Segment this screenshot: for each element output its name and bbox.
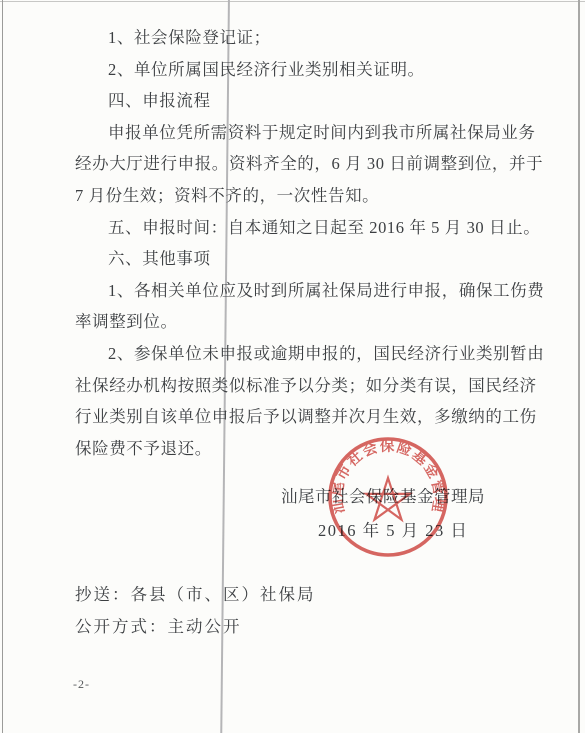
body-line-4: 申报单位凭所需资料于规定时间内到我市所属社保局业务 (75, 117, 509, 149)
official-seal: 汕尾市社会保险基金管理局 (318, 427, 458, 567)
seal-star-icon (366, 478, 410, 520)
scan-edge-top (0, 1, 585, 2)
body-line-6: 7 月份生效；资料不齐的，一次性告知。 (75, 180, 509, 212)
body-line-1: 1、社会保险登记证； (75, 22, 509, 54)
body-line-9: 1、各相关单位应及时到所属社保局进行申报，确保工伤费 (75, 275, 509, 307)
page-number: -2- (73, 677, 90, 692)
body-line-12: 社保经办机构按照类似标准予以分类；如分类有误，国民经济 (75, 370, 509, 402)
body-line-11: 2、参保单位未申报或逾期申报的，国民经济行业类别暂由 (75, 338, 509, 370)
body-line-10: 率调整到位。 (75, 306, 509, 338)
section-heading-5: 五、申报时间：自本通知之日起至 2016 年 5 月 30 日止。 (75, 212, 509, 244)
document-body: 1、社会保险登记证； 2、单位所属国民经济行业类别相关证明。 四、申报流程 申报… (75, 22, 509, 464)
section-heading-4: 四、申报流程 (75, 85, 509, 117)
section-heading-6: 六、其他事项 (75, 243, 509, 275)
publicity-line: 公开方式：主动公开 (75, 613, 242, 637)
seal-arc-text: 汕尾市社会保险基金管理局 (318, 427, 448, 515)
scanned-document-page: 1、社会保险登记证； 2、单位所属国民经济行业类别相关证明。 四、申报流程 申报… (0, 0, 585, 733)
cc-line: 抄送：各县（市、区）社保局 (75, 581, 316, 605)
scan-edge-right (578, 0, 580, 733)
body-line-5: 经办大厅进行申报。资料齐全的，6 月 30 日前调整到位，并于 (75, 148, 509, 180)
scan-edge-left (2, 0, 3, 733)
body-line-2: 2、单位所属国民经济行业类别相关证明。 (75, 54, 509, 86)
